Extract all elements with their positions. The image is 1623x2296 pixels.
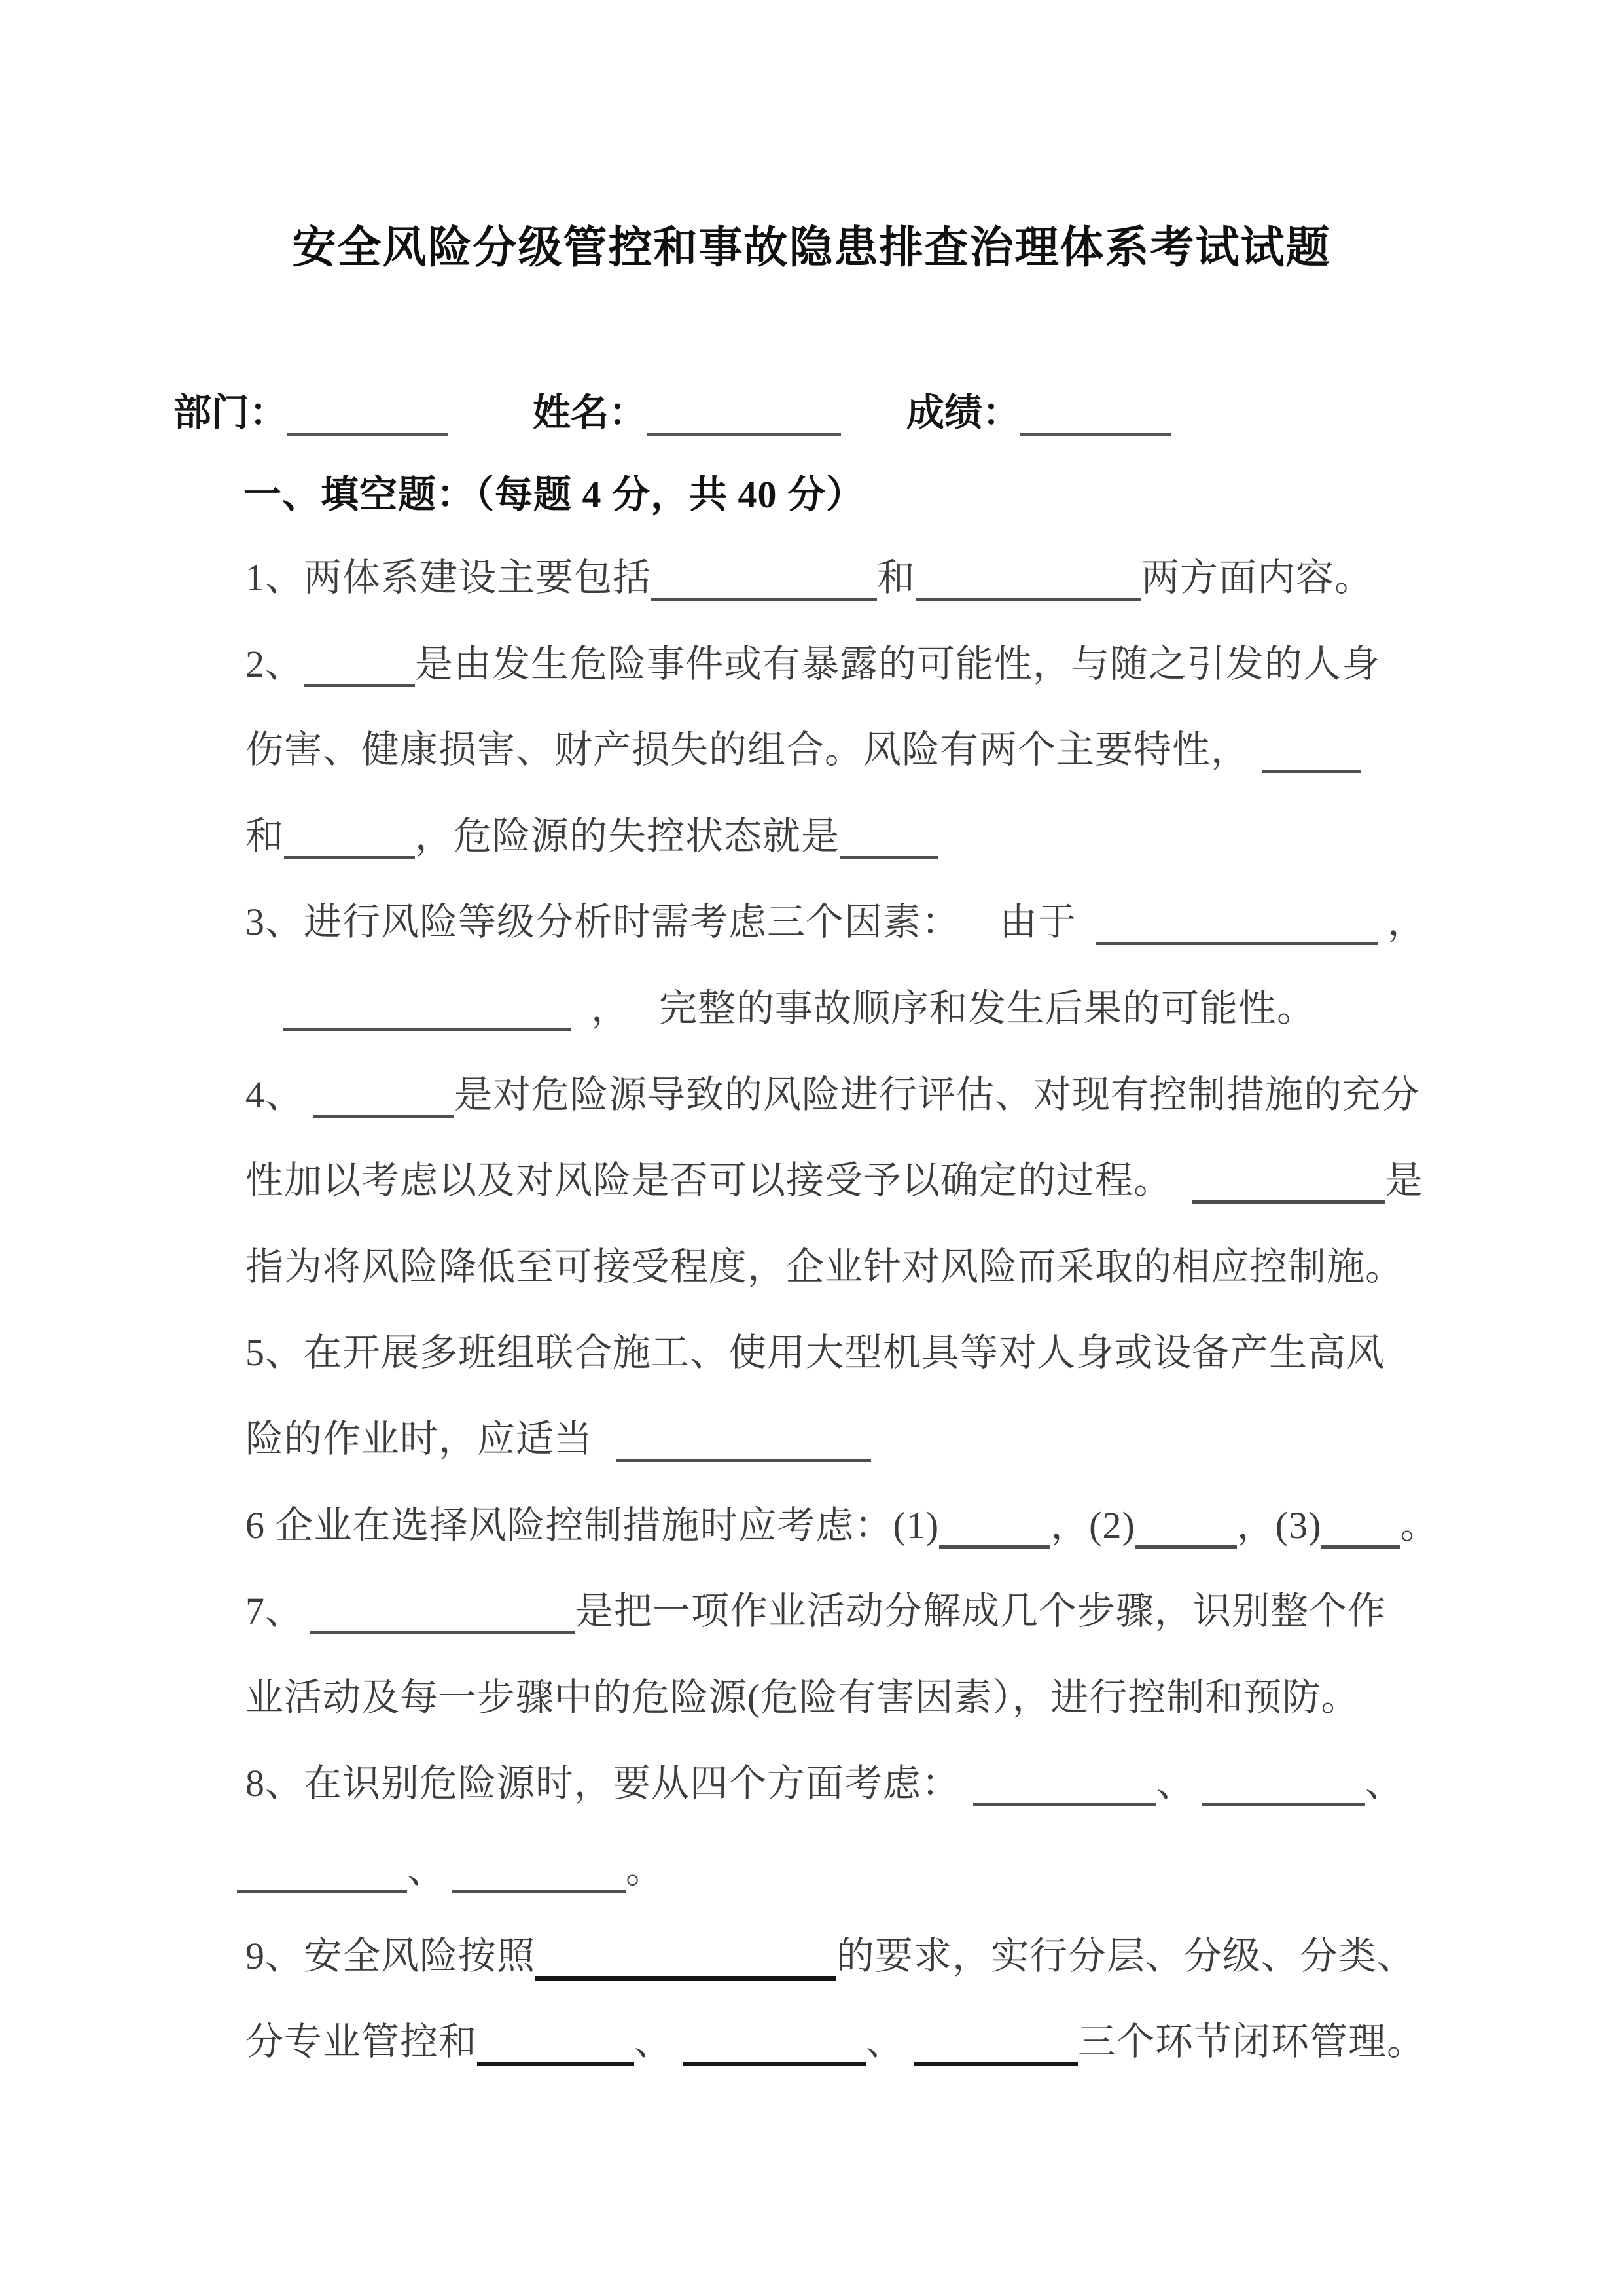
blank-field[interactable] <box>283 1028 571 1031</box>
blank-field[interactable] <box>939 1545 1050 1549</box>
blank-field[interactable] <box>535 1976 836 1981</box>
exam-line-6: ，完整的事故顺序和发生后果的可能性。 <box>0 965 1623 1052</box>
blank-field[interactable] <box>313 1115 454 1118</box>
exam-line-15: 8、在识别危险源时，要从四个方面考虑：、、 <box>0 1740 1623 1827</box>
blank-field[interactable] <box>284 856 415 859</box>
exam-line-14: 业活动及每一步骤中的危险源(危险有害因素），进行控制和预防。 <box>0 1655 1623 1741</box>
blank-field[interactable] <box>973 1803 1156 1806</box>
question-text: 指为将风险降低至可接受程度，企业针对风险而采取的相应控制施。 <box>245 1246 1404 1288</box>
spacer <box>960 934 999 935</box>
header-blank-field-2[interactable] <box>1020 433 1171 436</box>
question-text: 、 <box>866 2020 904 2063</box>
blank-field[interactable] <box>916 598 1141 601</box>
exam-line-17: 9、安全风险按照的要求，实行分层、分级、分类、 <box>0 1913 1623 2000</box>
blank-field[interactable] <box>477 2062 634 2066</box>
blank-field[interactable] <box>616 1459 871 1462</box>
spacer <box>841 425 906 425</box>
spacer <box>571 1020 591 1021</box>
spacer <box>1077 934 1096 935</box>
question-text: 两方面内容。 <box>1141 556 1373 599</box>
question-text: 。 <box>626 1848 664 1891</box>
question-text: 、 <box>1156 1762 1195 1804</box>
question-text: 伤害、健康损害、财产损失的组合。风险有两个主要特性， <box>245 728 1249 771</box>
question-text: 8、在识别危险源时，要从四个方面考虑： <box>245 1762 960 1804</box>
question-text: ，(3) <box>1237 1504 1322 1547</box>
blank-field[interactable] <box>304 684 415 687</box>
question-lines: 1、两体系建设主要包括和两方面内容。2、是由发生危险事件或有暴露的可能性，与随之… <box>0 535 1623 2085</box>
exam-line-9: 指为将风险降低至可接受程度，企业针对风险而采取的相应控制施。 <box>0 1224 1623 1310</box>
question-text: 、 <box>1365 1762 1404 1804</box>
header-blank-field-1[interactable] <box>647 433 841 436</box>
question-text: 3、进行风险等级分析时需考虑三个因素： <box>245 901 960 943</box>
question-text: 是 <box>1385 1159 1423 1202</box>
header-field-label-0: 部门： <box>173 391 287 434</box>
exam-line-11: 险的作业时，应适当 <box>0 1396 1623 1482</box>
exam-line-3: 伤害、健康损害、财产损失的组合。风险有两个主要特性， <box>0 707 1623 793</box>
header-field-label-2: 成绩： <box>906 391 1020 434</box>
spacer <box>304 1107 313 1107</box>
header-fields: 部门：姓名：成绩： <box>173 370 1171 456</box>
blank-field[interactable] <box>651 598 877 601</box>
spacer <box>448 425 533 425</box>
question-text: 分专业管控和 <box>245 2020 477 2063</box>
question-text: 2、 <box>245 643 304 685</box>
question-text: 7、 <box>245 1590 304 1632</box>
question-text: 业活动及每一步骤中的危险源(危险有害因素），进行控制和预防。 <box>245 1676 1359 1719</box>
exam-line-16: 、。 <box>0 1827 1623 1913</box>
blank-field[interactable] <box>840 856 938 859</box>
exam-line-4: 和，危险源的失控状态就是 <box>0 793 1623 880</box>
question-text: 由于 <box>999 901 1077 943</box>
section-heading: 一、填空题：（每题 4 分，共 40 分） <box>243 452 865 537</box>
blank-field[interactable] <box>914 2062 1078 2066</box>
question-text: ，危险源的失控状态就是 <box>415 815 840 857</box>
exam-line-5: 3、进行风险等级分析时需考虑三个因素：由于， <box>0 879 1623 965</box>
question-text: ，(2) <box>1050 1504 1135 1547</box>
question-text: 和 <box>245 815 284 857</box>
blank-field[interactable] <box>1135 1545 1237 1549</box>
exam-line-18: 分专业管控和、、三个环节闭环管理。 <box>0 1999 1623 2085</box>
question-text: 9、安全风险按照 <box>245 1935 535 1977</box>
exam-line-7: 4、是对危险源导致的风险进行评估、对现有控制措施的充分 <box>0 1052 1623 1138</box>
spacer <box>1195 1795 1202 1796</box>
question-text: ， <box>591 987 630 1030</box>
question-text: 1、两体系建设主要包括 <box>245 556 651 599</box>
spacer <box>1249 762 1262 762</box>
page-title: 安全风险分级管控和事故隐患排查治理体系考试试题 <box>0 204 1623 293</box>
question-text: 三个环节闭环管理。 <box>1078 2020 1425 2063</box>
exam-line-12: 6 企业在选择风险控制措施时应考虑：(1)，(2)，(3)。 <box>0 1482 1623 1569</box>
question-text: 和 <box>877 556 916 599</box>
spacer <box>446 1882 452 1882</box>
blank-field[interactable] <box>683 2062 866 2066</box>
blank-field[interactable] <box>237 1890 407 1893</box>
question-text: 是对危险源导致的风险进行评估、对现有控制措施的充分 <box>454 1073 1419 1116</box>
blank-field[interactable] <box>310 1631 575 1634</box>
question-text: 险的作业时，应适当 <box>245 1418 593 1460</box>
blank-field[interactable] <box>452 1890 626 1893</box>
question-text: 的要求，实行分层、分级、分类、 <box>836 1935 1416 1977</box>
blank-field[interactable] <box>1192 1200 1385 1204</box>
question-text: ， <box>1387 901 1426 943</box>
blank-field[interactable] <box>1202 1803 1365 1806</box>
exam-line-13: 7、是把一项作业活动分解成几个步骤，识别整个作 <box>0 1568 1623 1655</box>
spacer <box>1378 934 1387 935</box>
blank-field[interactable] <box>1321 1545 1400 1549</box>
spacer <box>593 1451 616 1452</box>
exam-line-10: 5、在开展多班组联合施工、使用大型机具等对人身或设备产生高风 <box>0 1310 1623 1396</box>
question-text: 5、在开展多班组联合施工、使用大型机具等对人身或设备产生高风 <box>245 1331 1385 1374</box>
blank-field[interactable] <box>1262 770 1361 773</box>
question-text: 、 <box>634 2020 673 2063</box>
question-text: 完整的事故顺序和发生后果的可能性。 <box>659 987 1315 1030</box>
question-text: 4、 <box>245 1073 304 1116</box>
question-text: 6 企业在选择风险控制措施时应考虑：(1) <box>245 1504 939 1547</box>
question-text: 性加以考虑以及对风险是否可以接受予以确定的过程。 <box>245 1159 1172 1202</box>
blank-field[interactable] <box>1096 942 1378 945</box>
header-blank-field-0[interactable] <box>287 433 448 436</box>
exam-document-page: 安全风险分级管控和事故隐患排查治理体系考试试题 部门：姓名：成绩： 一、填空题：… <box>0 0 1623 2296</box>
spacer <box>673 2054 683 2054</box>
exam-line-1: 1、两体系建设主要包括和两方面内容。 <box>0 535 1623 621</box>
header-field-label-1: 姓名： <box>533 391 647 434</box>
exam-line-2: 2、是由发生危险事件或有暴露的可能性，与随之引发的人身 <box>0 621 1623 708</box>
question-text: 、 <box>407 1848 446 1891</box>
question-text: 是由发生危险事件或有暴露的可能性，与随之引发的人身 <box>415 643 1380 685</box>
spacer <box>630 1020 659 1021</box>
question-text: 是把一项作业活动分解成几个步骤，识别整个作 <box>575 1590 1386 1632</box>
spacer <box>1172 1193 1192 1193</box>
spacer <box>960 1795 973 1796</box>
spacer <box>904 2054 914 2054</box>
exam-line-8: 性加以考虑以及对风险是否可以接受予以确定的过程。是 <box>0 1138 1623 1224</box>
spacer <box>304 1623 310 1624</box>
question-text: 。 <box>1400 1504 1438 1547</box>
